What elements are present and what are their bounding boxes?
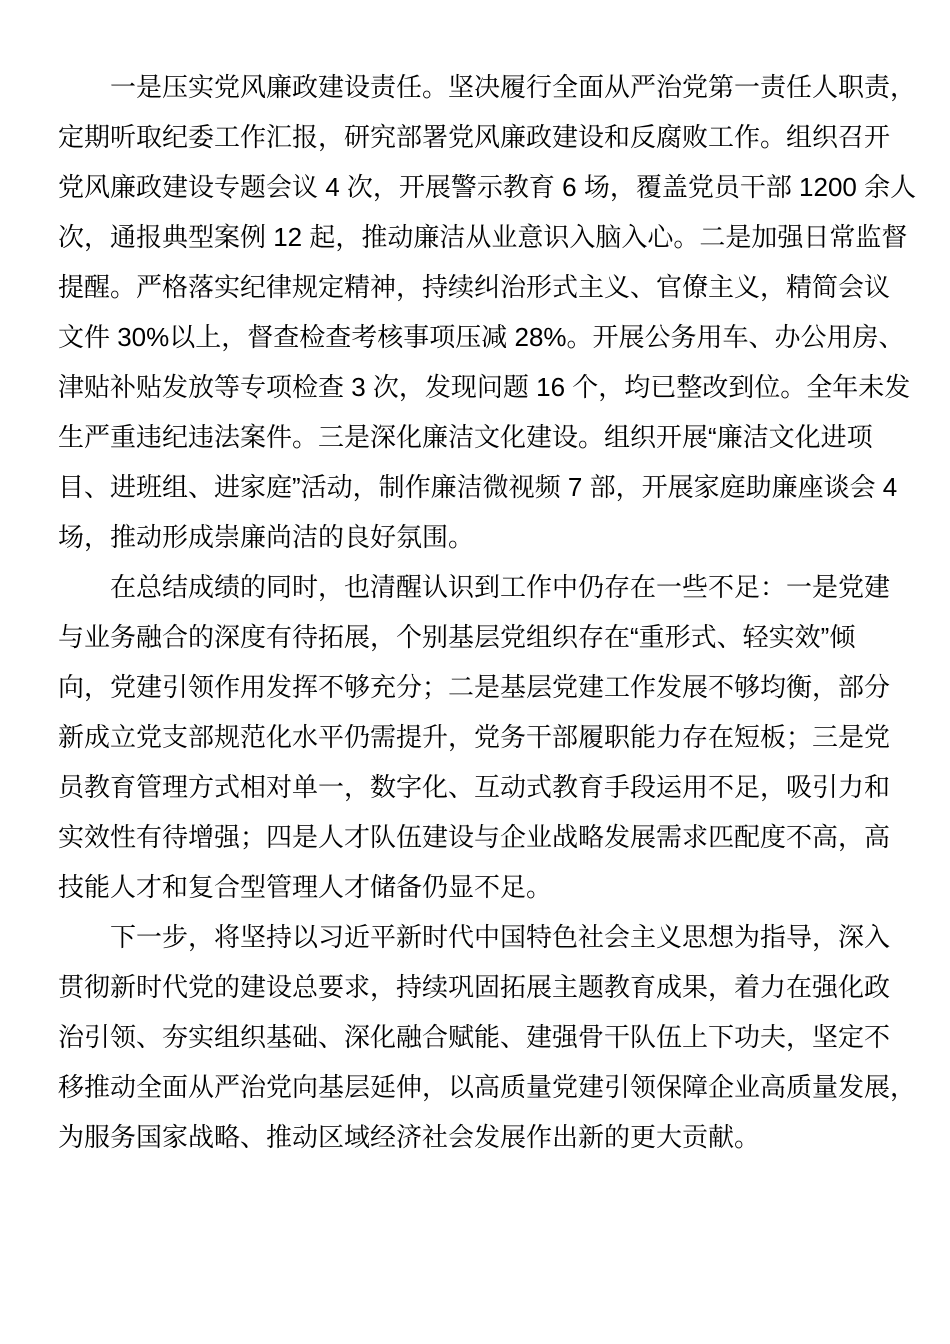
text-line: 贯彻新时代党的建设总要求，持续巩固拓展主题教育成果，着力在强化政 (58, 962, 892, 1012)
text-line: 新成立党支部规范化水平仍需提升，党务干部履职能力存在短板；三是党 (58, 712, 892, 762)
paragraph-3: 下一步，将坚持以习近平新时代中国特色社会主义思想为指导，深入贯彻新时代党的建设总… (58, 912, 892, 1162)
text-line: 向，党建引领作用发挥不够充分；二是基层党建工作发展不够均衡，部分 (58, 662, 892, 712)
text-line: 定期听取纪委工作汇报，研究部署党风廉政建设和反腐败工作。组织召开 (58, 112, 892, 162)
document-page: 一是压实党风廉政建设责任。坚决履行全面从严治党第一责任人职责，定期听取纪委工作汇… (0, 0, 950, 1344)
text-line: 员教育管理方式相对单一，数字化、互动式教育手段运用不足，吸引力和 (58, 762, 892, 812)
text-line: 在总结成绩的同时，也清醒认识到工作中仍存在一些不足：一是党建 (58, 562, 892, 612)
text-line: 与业务融合的深度有待拓展，个别基层党组织存在“重形式、轻实效”倾 (58, 612, 892, 662)
paragraph-2: 在总结成绩的同时，也清醒认识到工作中仍存在一些不足：一是党建与业务融合的深度有待… (58, 562, 892, 912)
text-line: 技能人才和复合型管理人才储备仍显不足。 (58, 862, 892, 912)
paragraph-1: 一是压实党风廉政建设责任。坚决履行全面从严治党第一责任人职责，定期听取纪委工作汇… (58, 62, 892, 562)
document-body: 一是压实党风廉政建设责任。坚决履行全面从严治党第一责任人职责，定期听取纪委工作汇… (58, 62, 892, 1162)
text-line: 一是压实党风廉政建设责任。坚决履行全面从严治党第一责任人职责， (58, 62, 892, 112)
text-line: 提醒。严格落实纪律规定精神，持续纠治形式主义、官僚主义，精简会议 (58, 262, 892, 312)
text-line: 为服务国家战略、推动区域经济社会发展作出新的更大贡献。 (58, 1112, 892, 1162)
text-line: 治引领、夯实组织基础、深化融合赋能、建强骨干队伍上下功夫，坚定不 (58, 1012, 892, 1062)
text-line: 文件 30%以上，督查检查考核事项压减 28%。开展公务用车、办公用房、 (58, 312, 892, 362)
text-line: 移推动全面从严治党向基层延伸，以高质量党建引领保障企业高质量发展， (58, 1062, 892, 1112)
text-line: 目、进班组、进家庭”活动，制作廉洁微视频 7 部，开展家庭助廉座谈会 4 (58, 462, 892, 512)
text-line: 实效性有待增强；四是人才队伍建设与企业战略发展需求匹配度不高，高 (58, 812, 892, 862)
text-line: 次，通报典型案例 12 起，推动廉洁从业意识入脑入心。二是加强日常监督 (58, 212, 892, 262)
text-line: 党风廉政建设专题会议 4 次，开展警示教育 6 场，覆盖党员干部 1200 余人 (58, 162, 892, 212)
text-line: 津贴补贴发放等专项检查 3 次，发现问题 16 个，均已整改到位。全年未发 (58, 362, 892, 412)
text-line: 生严重违纪违法案件。三是深化廉洁文化建设。组织开展“廉洁文化进项 (58, 412, 892, 462)
text-line: 下一步，将坚持以习近平新时代中国特色社会主义思想为指导，深入 (58, 912, 892, 962)
text-line: 场，推动形成崇廉尚洁的良好氛围。 (58, 512, 892, 562)
